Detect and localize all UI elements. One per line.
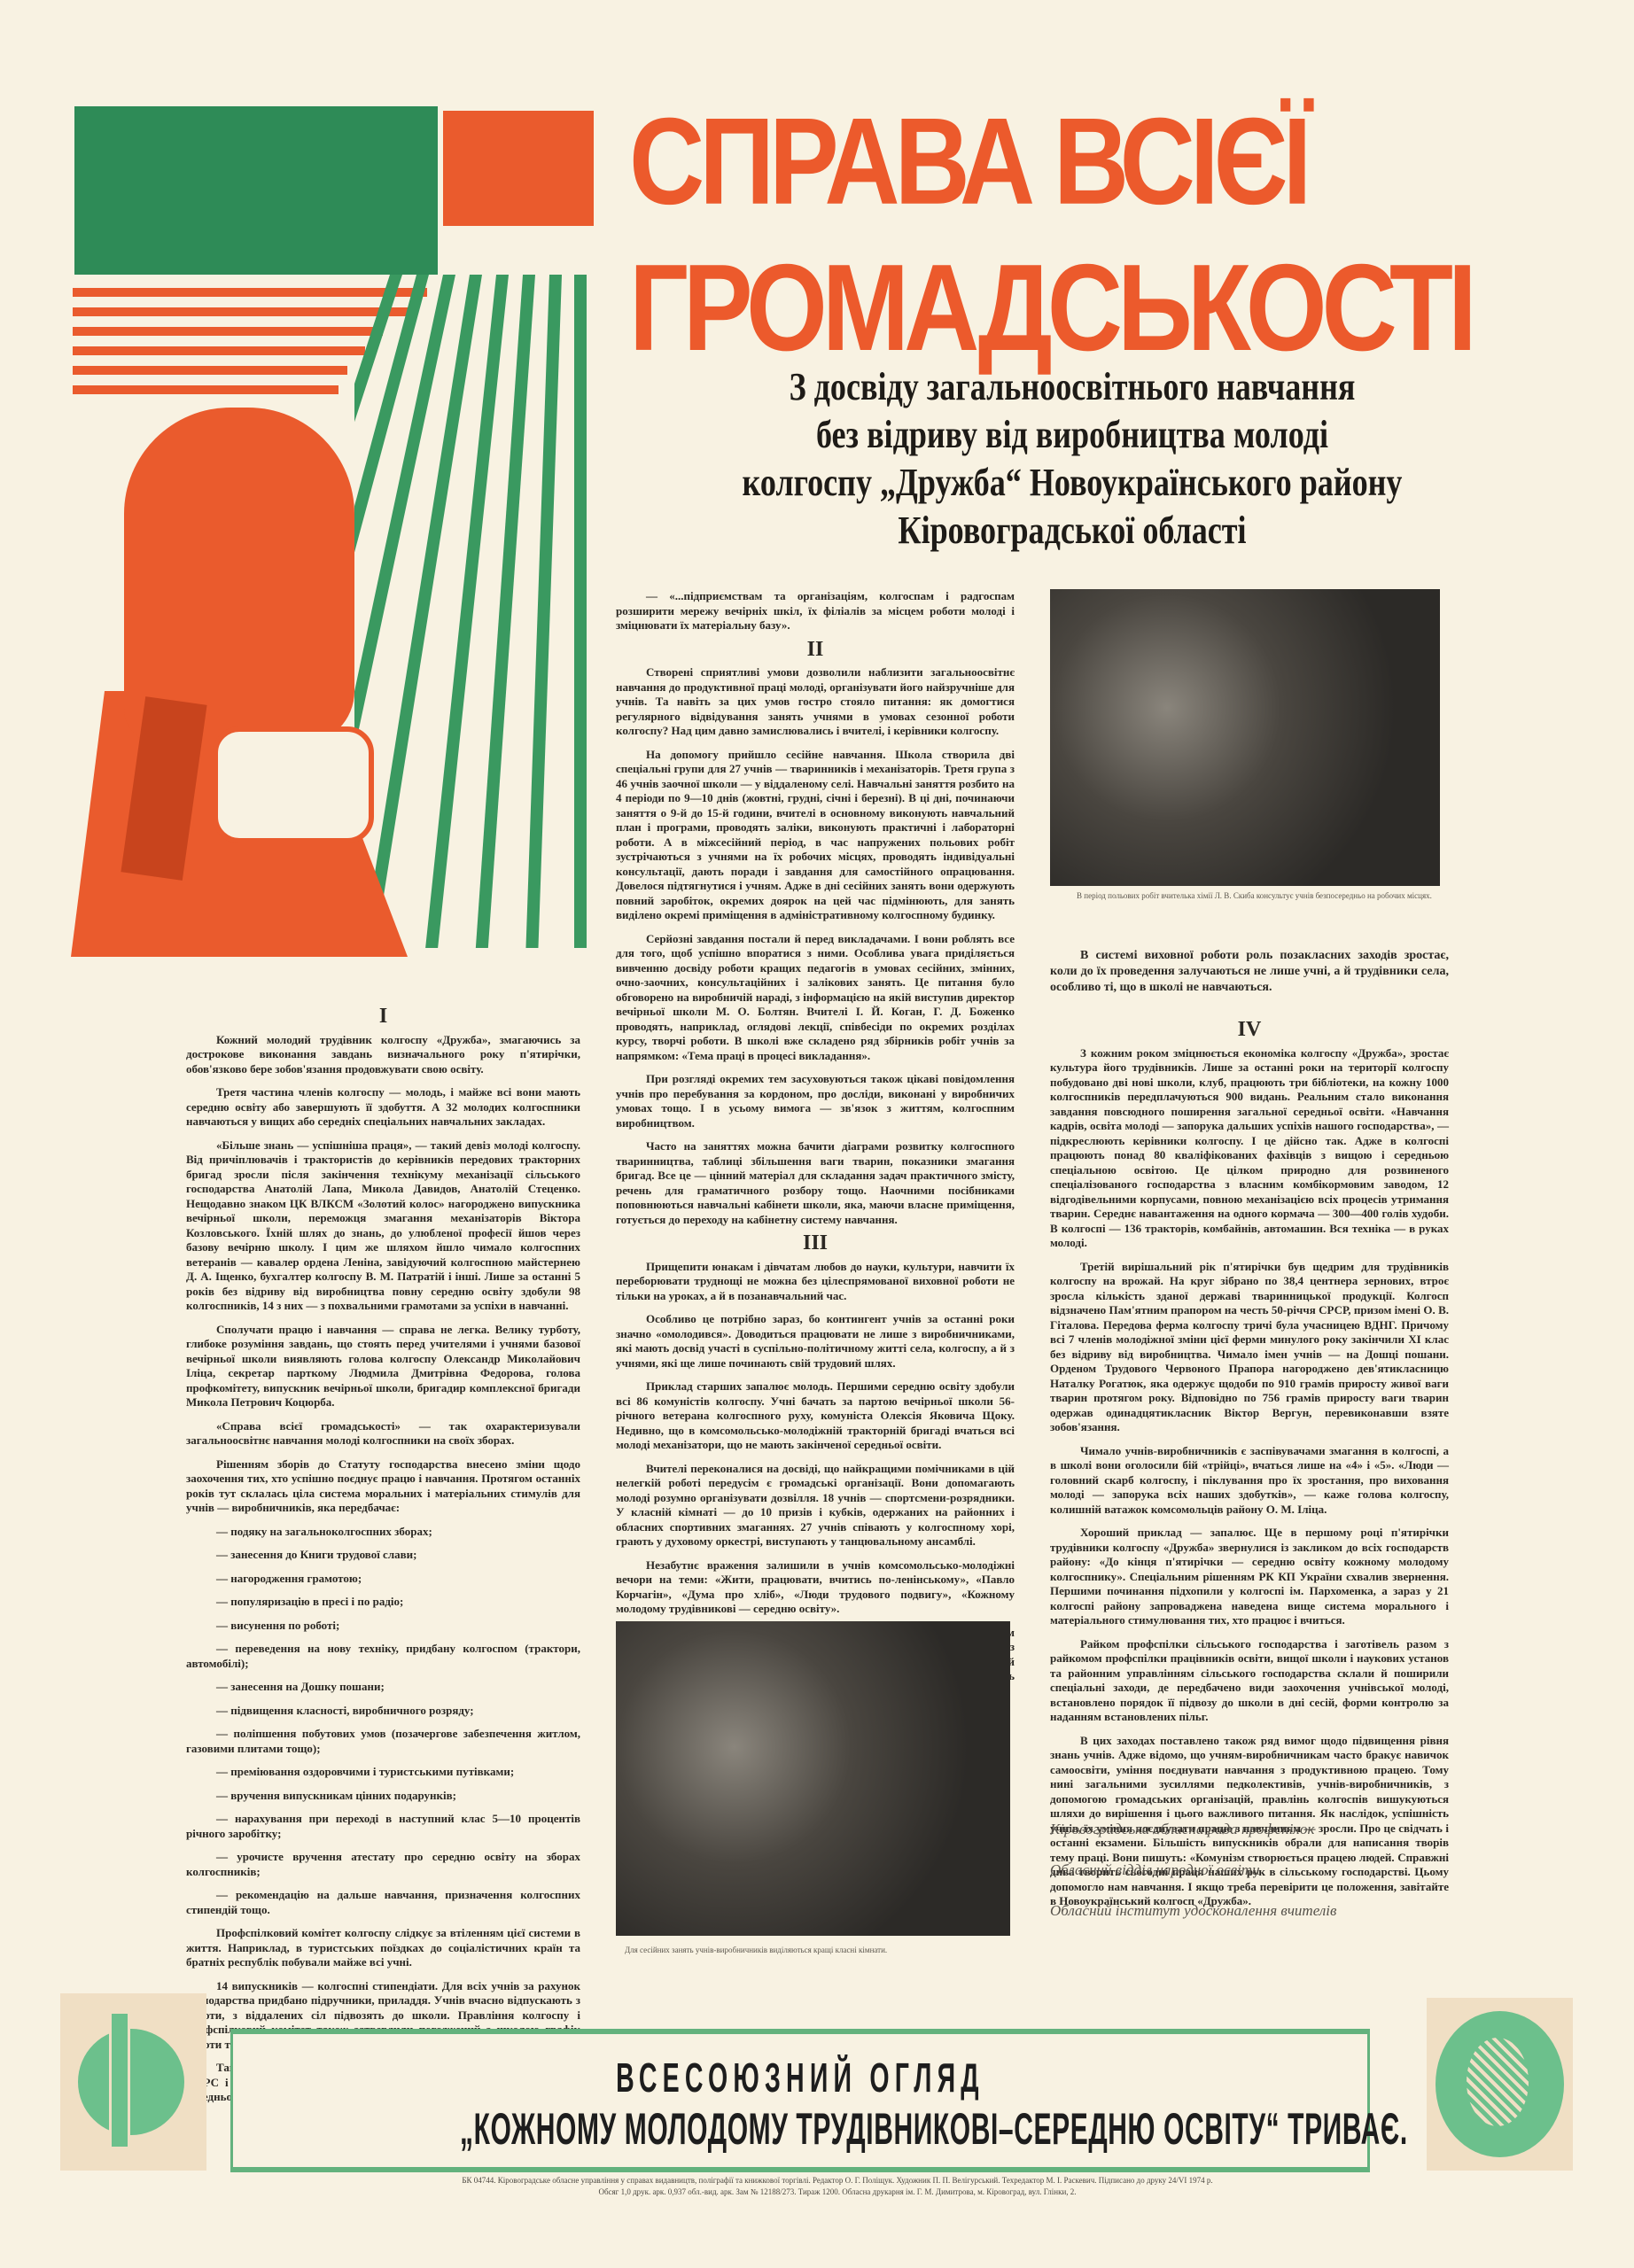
- banner-line-2: „КОЖНОМУ МОЛОДОМУ ТРУДІВНИКОВІ–СЕРЕДНЮ О…: [460, 2103, 1140, 2155]
- signatory: Кіровоградська обласна рада профспілок: [1050, 1821, 1449, 1838]
- list-item: — рекомендацію на дальше навчання, призн…: [186, 1888, 580, 1917]
- paragraph: З кожним роком зміцнюється економіка кол…: [1050, 1046, 1449, 1251]
- paragraph: Кожний молодий трудівник колгоспу «Дружб…: [186, 1033, 580, 1077]
- paragraph: Рішенням зборів до Статуту господарства …: [186, 1457, 580, 1516]
- paragraph: Особливо це потрібно зараз, бо континген…: [616, 1312, 1015, 1371]
- list-item: — преміювання оздоровчими і туристськими…: [186, 1765, 580, 1780]
- section-1-column: I Кожний молодий трудівник колгоспу «Дру…: [186, 1006, 580, 2114]
- poster-subtitle: З досвіду загальноосвітнього навчання бе…: [716, 363, 1428, 555]
- paragraph: Створені сприятливі умови дозволили набл…: [616, 665, 1015, 739]
- green-rays-illustration: [354, 275, 594, 948]
- worker-head-illustration: [124, 408, 354, 744]
- imprint-line: Обсяг 1,0 друк. арк. 0,937 обл.-вид. арк…: [306, 2186, 1369, 2198]
- signatory: Обласний відділ народної освіти: [1050, 1861, 1449, 1879]
- photo-teacher-consulting-students: [1050, 589, 1440, 886]
- gear-icon: [78, 2029, 184, 2135]
- paragraph: «Більше знань — успішніша праця», — таки…: [186, 1138, 580, 1314]
- wheat-ear-icon: [109, 2011, 130, 2149]
- signatories: Кіровоградська обласна рада профспілок О…: [1050, 1821, 1449, 1943]
- sunflower-emblem-icon: [1427, 1998, 1573, 2171]
- factory-silhouette-illustration: [443, 111, 594, 226]
- paragraph: При розгляді окремих тем засуховуються т…: [616, 1072, 1015, 1130]
- list-item: — урочисте вручення атестату про середню…: [186, 1850, 580, 1879]
- list-item: — нагородження грамотою;: [186, 1572, 580, 1587]
- paragraph: Чимало учнів-виробничників є заспівувача…: [1050, 1444, 1449, 1518]
- photo-caption: Для сесійних занять учнів-виробничників …: [625, 1945, 1015, 1955]
- signatory: Обласний інститут удосконалення вчителів: [1050, 1902, 1449, 1920]
- paragraph: Хороший приклад — запалює. Ще в першому …: [1050, 1526, 1449, 1628]
- paragraph: Третя частина членів колгоспу — молодь, …: [186, 1085, 580, 1130]
- quote-paragraph: — «...підприємствам та організаціям, кол…: [616, 589, 1015, 633]
- paragraph: Приклад старших запалює молодь. Першими …: [616, 1379, 1015, 1453]
- paragraph: Часто на заняттях можна бачити діаграми …: [616, 1139, 1015, 1227]
- paragraph: «Справа всієї громадськості» — так охара…: [186, 1419, 580, 1449]
- title-line-2: ГРОМАДСЬКОСТІ: [629, 235, 1568, 381]
- section-heading: IV: [1050, 1022, 1449, 1037]
- list-item: — вручення випускникам цінних подарунків…: [186, 1789, 580, 1804]
- review-banner: ВСЕСОЮЗНИЙ ОГЛЯД „КОЖНОМУ МОЛОДОМУ ТРУДІ…: [230, 2029, 1370, 2172]
- wheat-gear-emblem-icon: [60, 1993, 206, 2171]
- paragraph: В системі виховної роботи роль позакласн…: [1050, 948, 1449, 996]
- sunflower-seeds-pattern: [1467, 2038, 1529, 2126]
- list-item: — підвищення класності, виробничного роз…: [186, 1704, 580, 1719]
- banner-line-1: ВСЕСОЮЗНИЙ ОГЛЯД: [448, 2054, 1152, 2101]
- paragraph: На допомогу прийшло сесійне навчання. Шк…: [616, 748, 1015, 923]
- list-item: — нарахування при переході в наступний к…: [186, 1812, 580, 1841]
- section-heading: III: [616, 1236, 1015, 1251]
- list-item: — переведення на нову техніку, придбану …: [186, 1642, 580, 1671]
- section-heading: II: [616, 642, 1015, 657]
- paragraph: Серйозні завдання постали й перед виклад…: [616, 932, 1015, 1064]
- section-4-column: В системі виховної роботи роль позакласн…: [1050, 948, 1449, 1918]
- list-item: — подяку на загальноколгоспних зборах;: [186, 1525, 580, 1540]
- list-item: — популяризацію в пресі і по радіо;: [186, 1595, 580, 1610]
- list-item: — висунення по роботі;: [186, 1619, 580, 1634]
- list-item: — поліпшення побутових умов (позачергове…: [186, 1727, 580, 1756]
- title-line-1: СПРАВА ВСІЄЇ: [629, 89, 1568, 235]
- hand-illustration: [213, 726, 374, 843]
- photo-classroom: [616, 1621, 1010, 1936]
- paragraph: Сполучати працю і навчання — справа не л…: [186, 1323, 580, 1410]
- paragraph: Незабутнє враження залишили в учнів комс…: [616, 1558, 1015, 1617]
- subtitle-line: без відриву від виробництва молоді: [716, 411, 1428, 459]
- section-heading: I: [186, 1009, 580, 1024]
- paragraph: Третій вирішальний рік п'ятирічки був ще…: [1050, 1260, 1449, 1435]
- list-item: — занесення до Книги трудової слави;: [186, 1548, 580, 1563]
- subtitle-line: колгоспу „Дружба“ Новоукраїнського район…: [716, 459, 1428, 507]
- section-2-3-column: — «...підприємствам та організаціям, кол…: [616, 589, 1015, 1707]
- list-item: — занесення на Дошку пошани;: [186, 1680, 580, 1695]
- print-imprint: БК 04744. Кіровоградське обласне управлі…: [306, 2175, 1369, 2198]
- subtitle-line: Кіровоградської області: [716, 507, 1428, 555]
- paragraph: Прищепити юнакам і дівчатам любов до нау…: [616, 1260, 1015, 1304]
- subtitle-line: З досвіду загальноосвітнього навчання: [716, 363, 1428, 411]
- photo-caption: В період польових робіт вчителька хімії …: [1050, 890, 1440, 901]
- paragraph: Вчителі переконалися на досвіді, що найк…: [616, 1462, 1015, 1550]
- poster-title: СПРАВА ВСІЄЇ ГРОМАДСЬКОСТІ: [629, 89, 1568, 381]
- green-field-illustration: [74, 106, 438, 275]
- paragraph: Райком профспілки сільського господарств…: [1050, 1637, 1449, 1725]
- paragraph: Профспілковий комітет колгоспу слідкує з…: [186, 1926, 580, 1970]
- imprint-line: БК 04744. Кіровоградське обласне управлі…: [306, 2175, 1369, 2186]
